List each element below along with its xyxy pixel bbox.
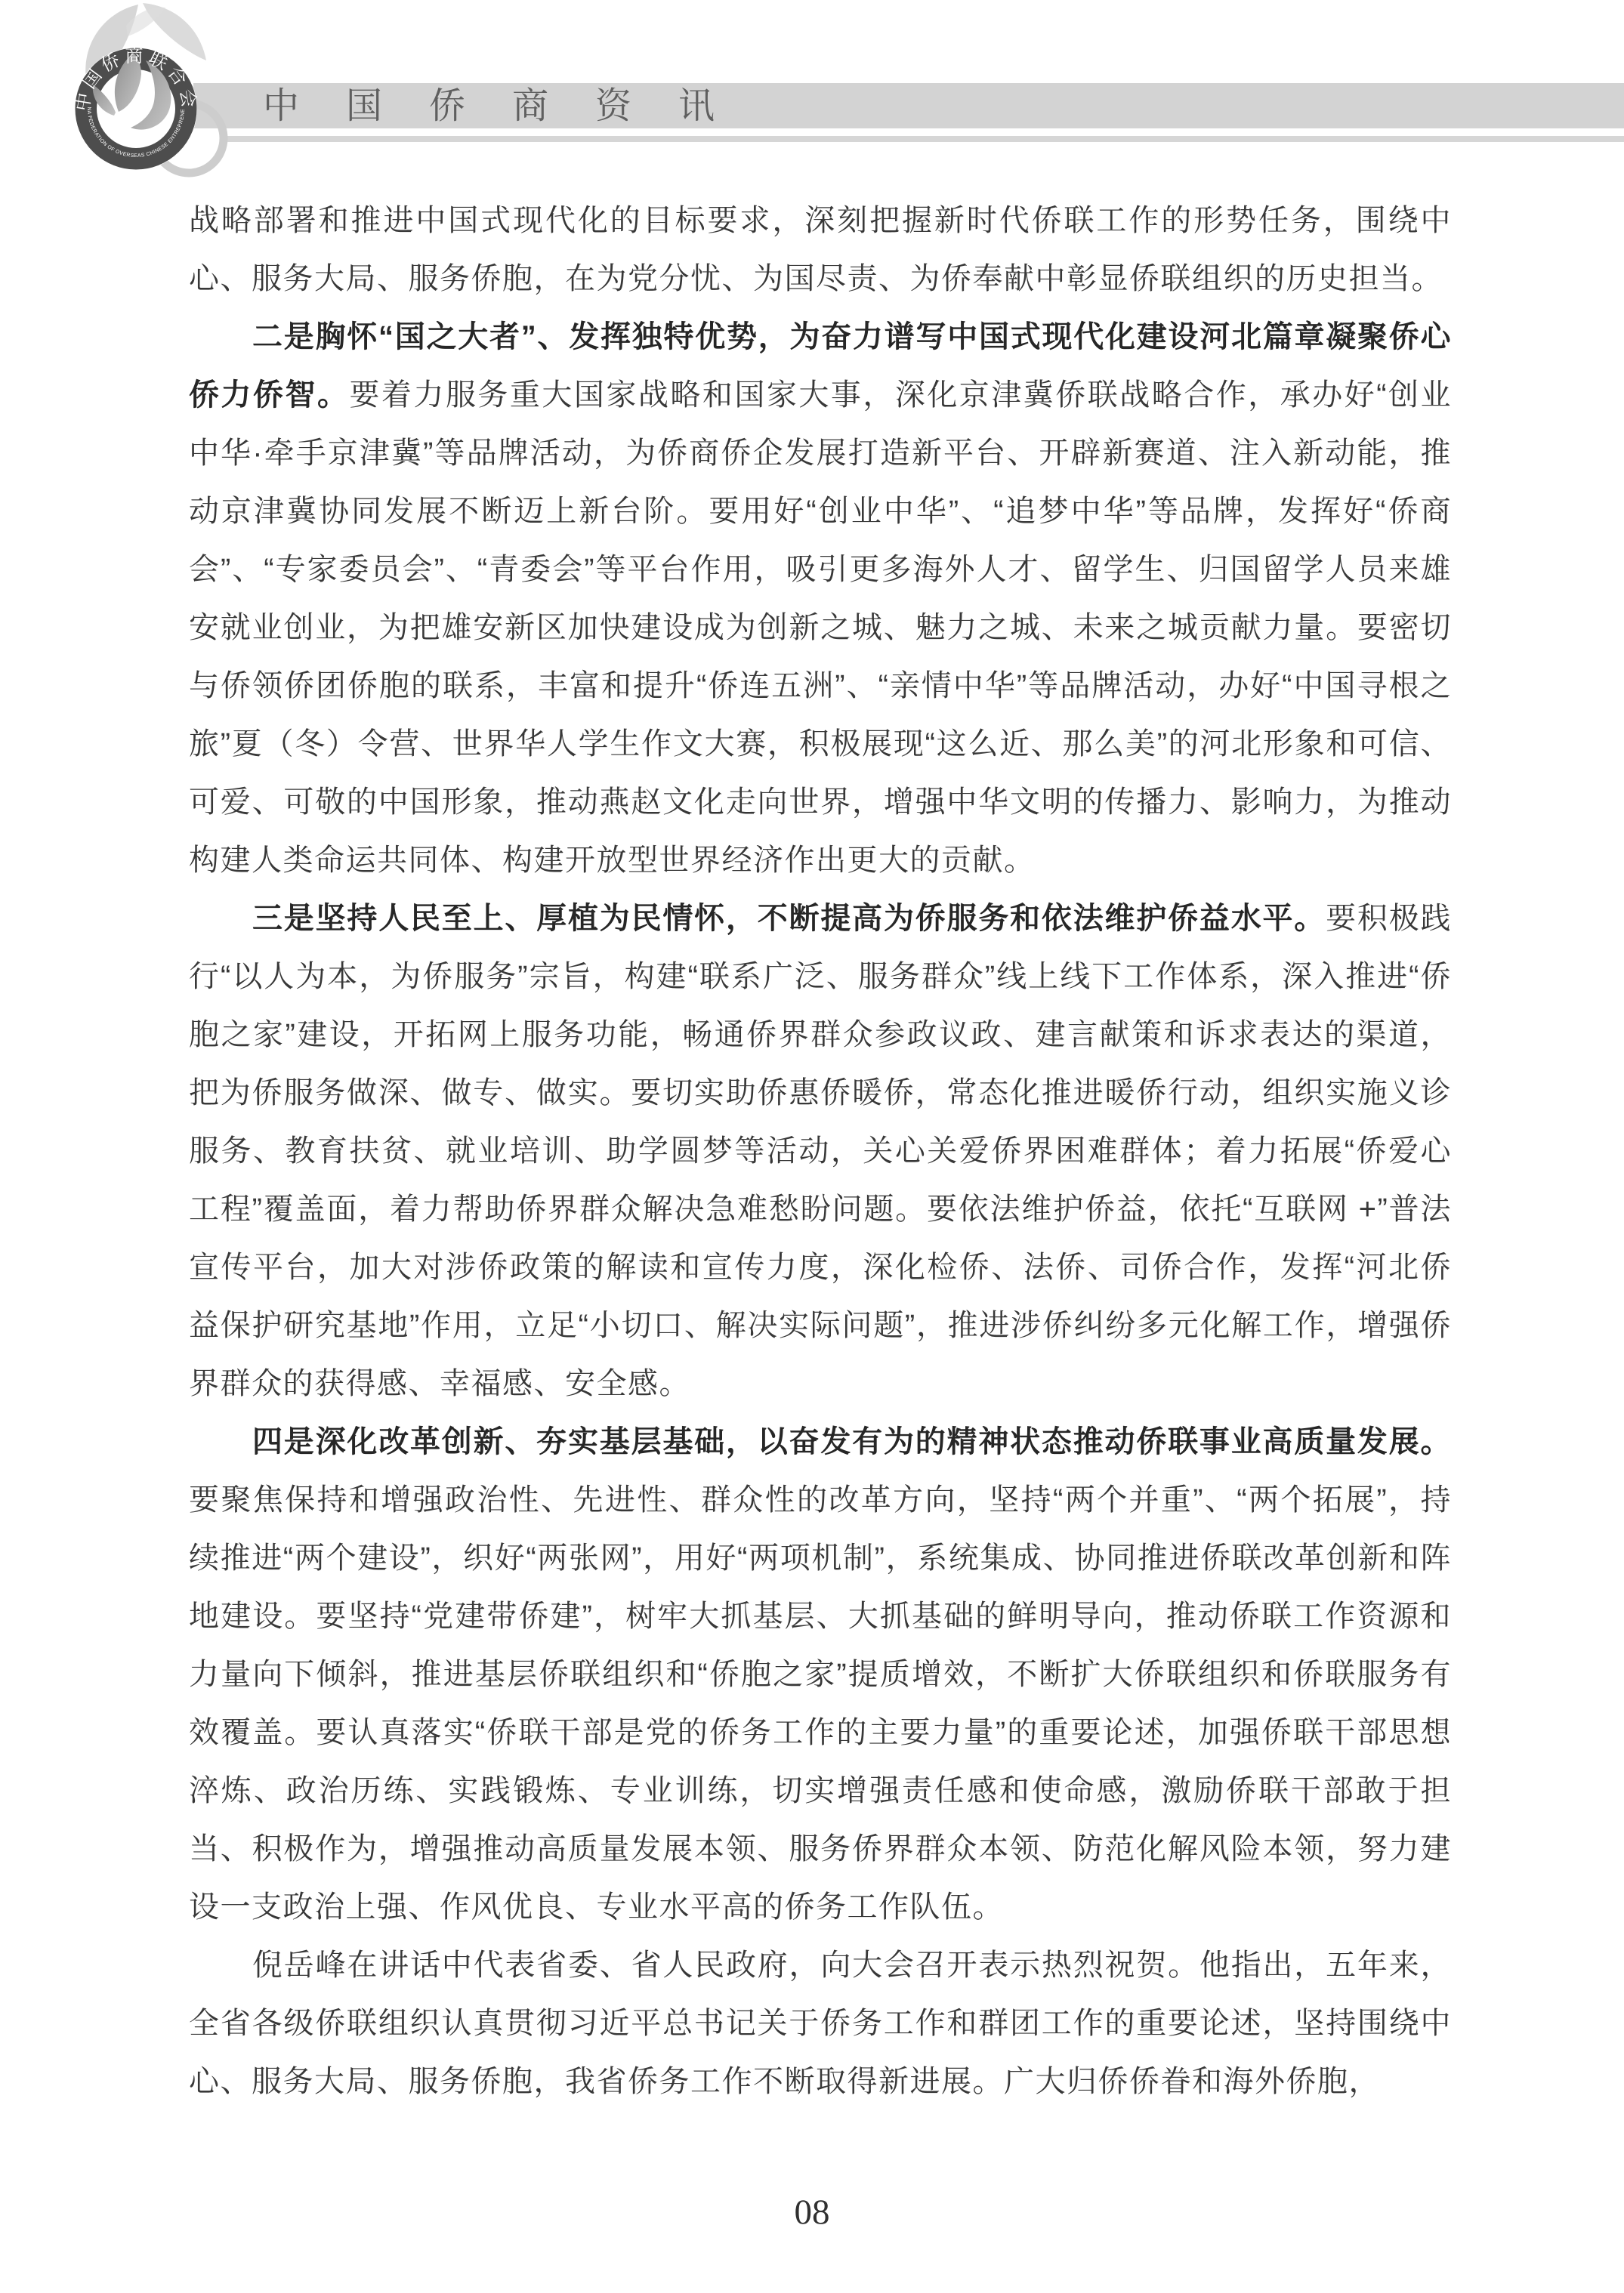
paragraph-text: 要积极践行“以人为本，为侨服务”宗旨，构建“联系广泛、服务群众”线上线下工作体系…: [189, 902, 1452, 1400]
paragraph-lead-bold: 四是深化改革创新、夯实基层基础，以奋发有为的精神状态推动侨联事业高质量发展。: [252, 1425, 1452, 1458]
paragraph-lead-bold: 三是坚持人民至上、厚植为民情怀，不断提高为侨服务和依法维护侨益水平。: [252, 902, 1326, 935]
page-number: 08: [0, 2192, 1624, 2233]
header-divider: [227, 136, 1624, 142]
paragraph: 二是胸怀“国之大者”、发挥独特优势，为奋力谱写中国式现代化建设河北篇章凝聚侨心侨…: [189, 308, 1452, 890]
magazine-page: 中国侨商资讯: [0, 0, 1624, 2293]
paragraph: 四是深化改革创新、夯实基层基础，以奋发有为的精神状态推动侨联事业高质量发展。要聚…: [189, 1413, 1452, 1937]
federation-emblem-icon: 中国侨商联合会 CHINA FEDERATION OF OVERSEAS CHI…: [42, 0, 238, 185]
paragraph: 战略部署和推进中国式现代化的目标要求，深刻把握新时代侨联工作的形势任务，围绕中心…: [189, 192, 1452, 308]
paragraph-text: 战略部署和推进中国式现代化的目标要求，深刻把握新时代侨联工作的形势任务，围绕中心…: [189, 204, 1452, 295]
article-body: 战略部署和推进中国式现代化的目标要求，深刻把握新时代侨联工作的形势任务，围绕中心…: [189, 192, 1452, 2111]
paragraph: 三是坚持人民至上、厚植为民情怀，不断提高为侨服务和依法维护侨益水平。要积极践行“…: [189, 890, 1452, 1413]
paragraph: 倪岳峰在讲话中代表省委、省人民政府，向大会召开表示热烈祝贺。他指出，五年来，全省…: [189, 1937, 1452, 2111]
paragraph-text: 倪岳峰在讲话中代表省委、省人民政府，向大会召开表示热烈祝贺。他指出，五年来，全省…: [189, 1949, 1452, 2098]
paragraph-text: 要着力服务重大国家战略和国家大事，深化京津冀侨联战略合作，承办好“创业中华·牵手…: [189, 378, 1452, 877]
paragraph-text: 要聚焦保持和增强政治性、先进性、群众性的改革方向，坚持“两个并重”、“两个拓展”…: [189, 1483, 1452, 1924]
masthead-title: 中国侨商资讯: [263, 85, 761, 128]
